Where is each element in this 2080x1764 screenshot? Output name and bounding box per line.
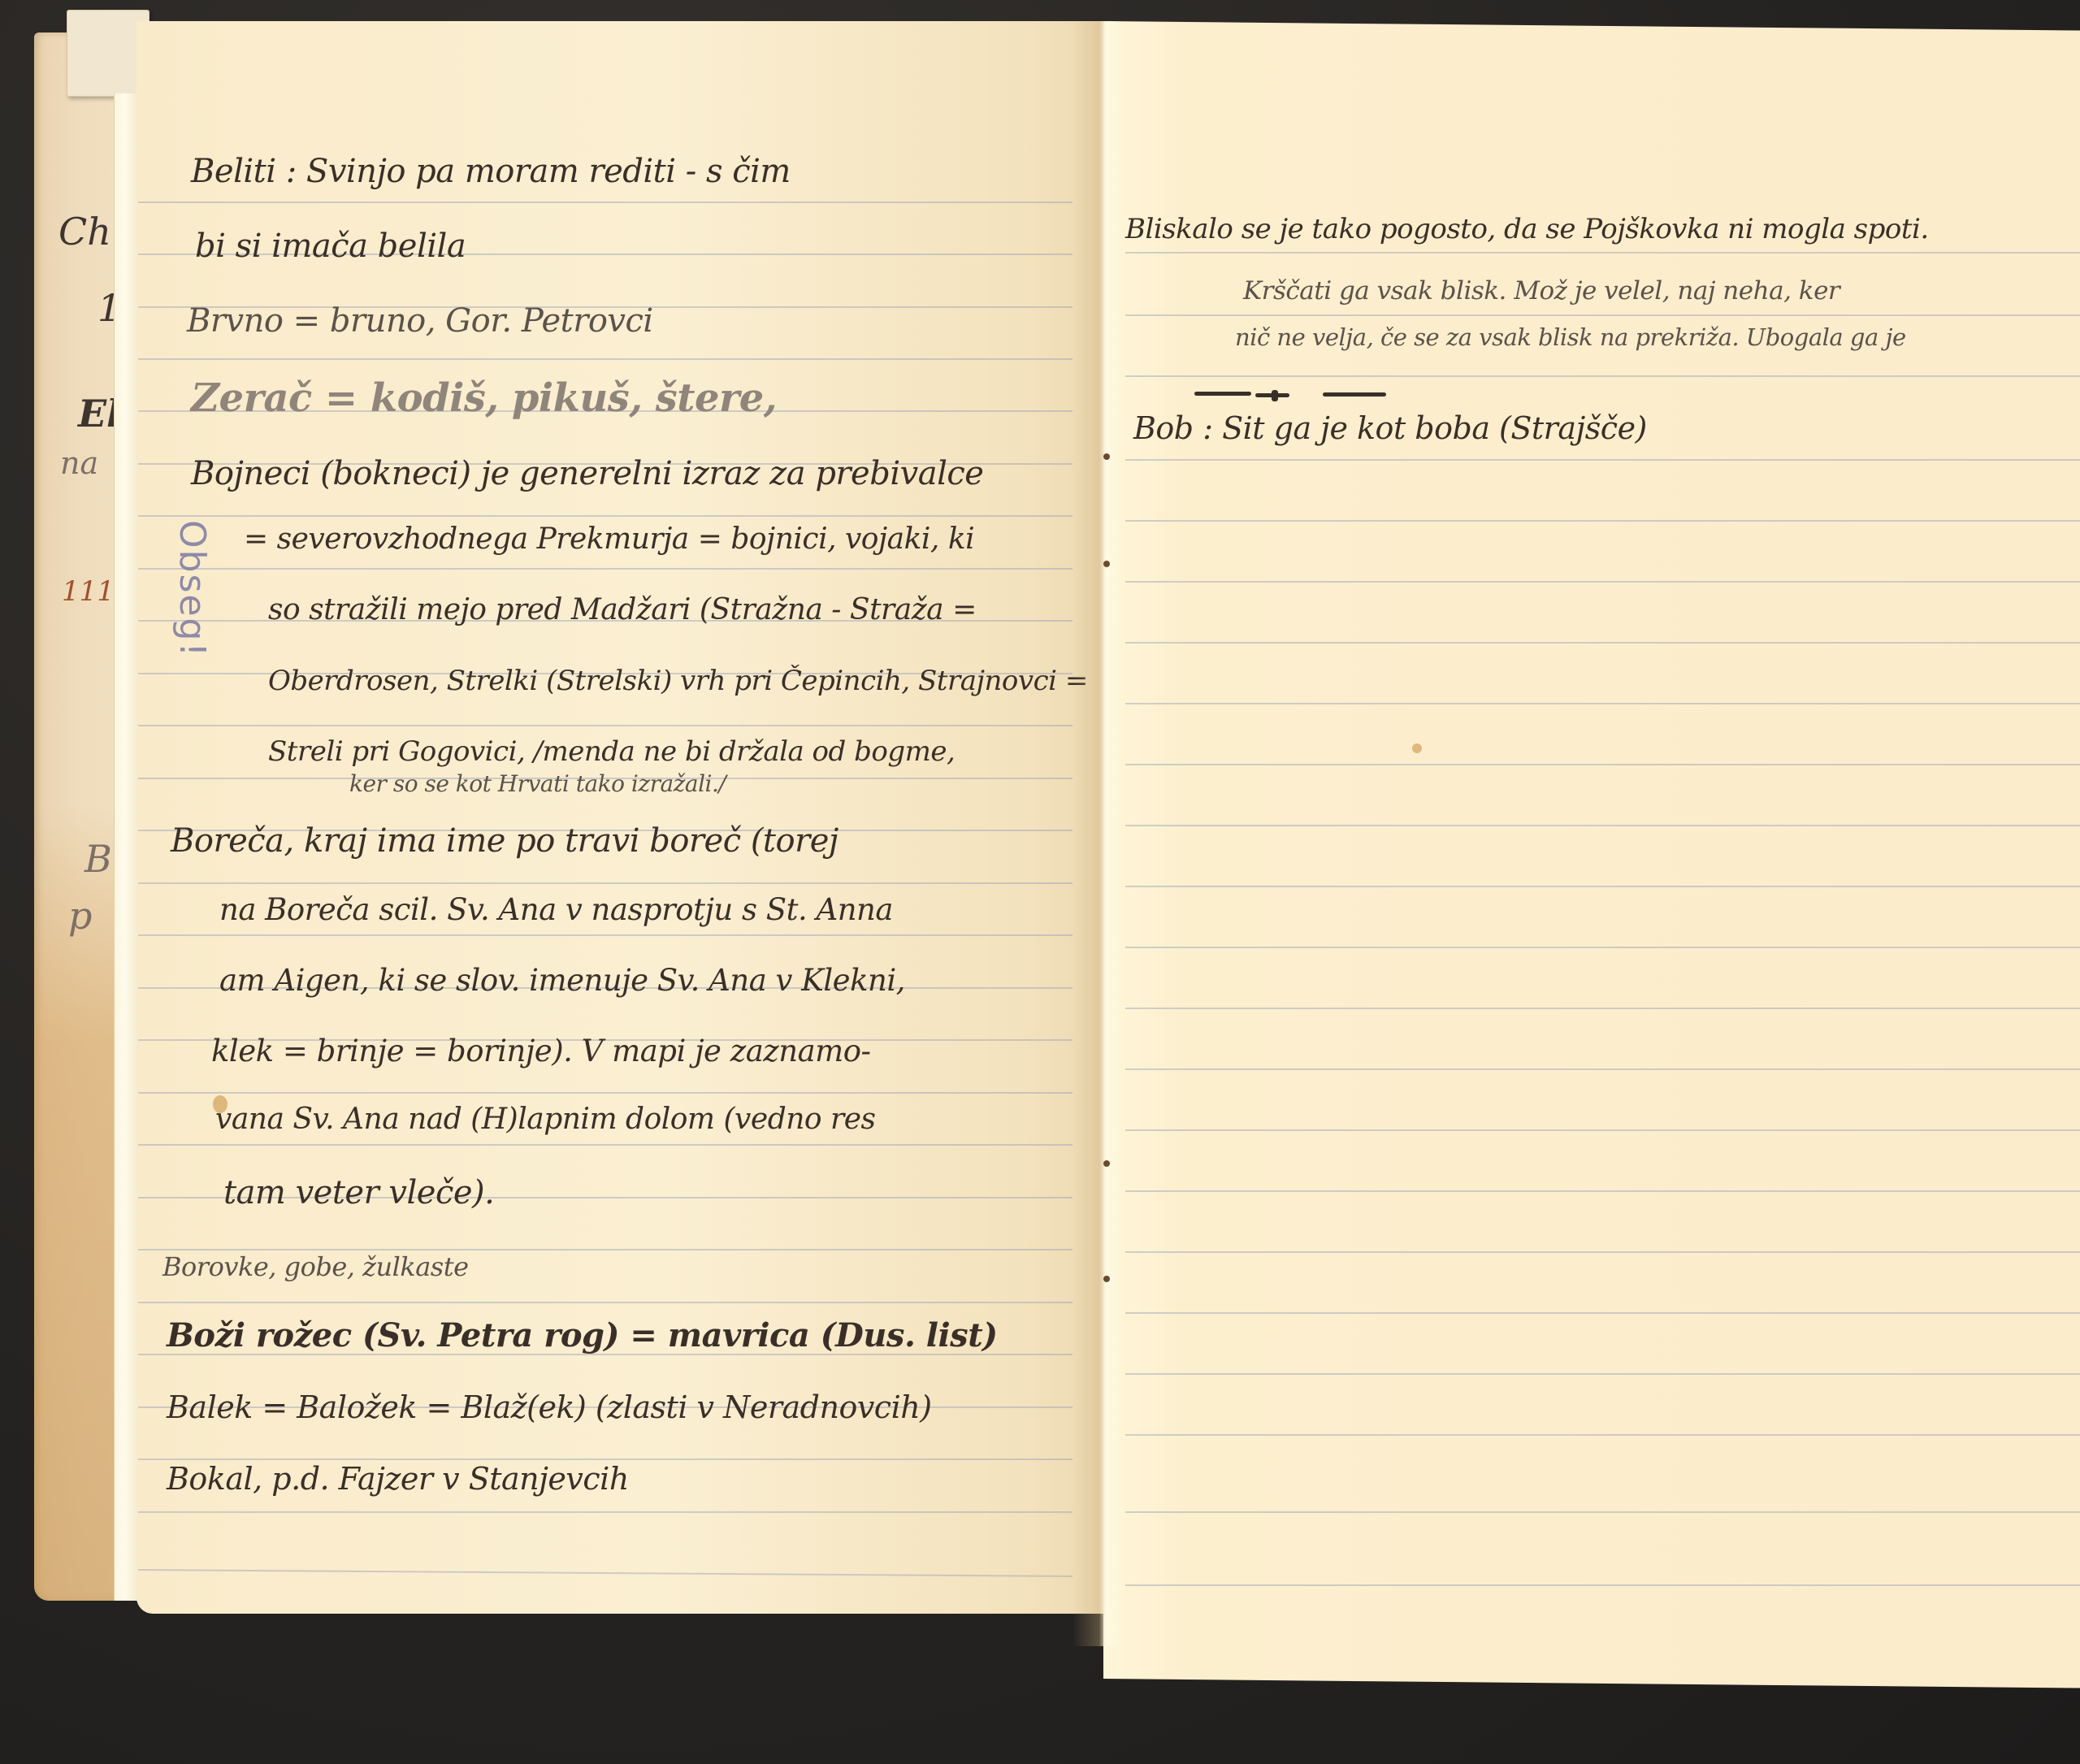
prev-page-fragment: B <box>84 837 112 881</box>
ruled-line <box>1125 947 2080 948</box>
overline-mark <box>1323 392 1386 397</box>
ruled-line <box>1125 825 2080 826</box>
entry-line: na Boreča scil. Sv. Ana v nasprotju s St… <box>219 892 893 927</box>
ruled-line <box>138 1458 1072 1460</box>
ruled-line <box>138 725 1072 726</box>
binding-stitch <box>1103 1276 1110 1282</box>
ruled-line <box>1125 1584 2080 1586</box>
entry-line: Boreča, kraj ima ime po travi boreč (tor… <box>171 822 838 860</box>
ruled-line <box>138 934 1072 936</box>
entry-line: so stražili mejo pred Madžari (Stražna -… <box>268 593 977 626</box>
prev-page-fragment: 111 <box>62 575 115 608</box>
page-block-edges <box>114 93 139 1601</box>
entry-line: Borovke, gobe, žulkaste <box>162 1251 469 1282</box>
ruled-line <box>1125 764 2080 765</box>
entry-line: Bliskalo se je tako pogosto, da se Pojšk… <box>1125 213 1929 245</box>
entry-line: Bokal, p.d. Fajzer v Stanjevcih <box>167 1461 629 1497</box>
ruled-line <box>1125 1312 2080 1314</box>
ruled-line <box>1125 1373 2080 1375</box>
ruled-line <box>1125 642 2080 644</box>
entry-line: vana Sv. Ana nad (H)lapnim dolom (vedno … <box>215 1103 876 1136</box>
prev-page-fragment: na <box>60 445 98 481</box>
blue-pencil-margin-note: Obseg! <box>171 520 213 658</box>
ruled-line <box>1125 520 2080 522</box>
entry-line: tam veter vleče). <box>223 1174 494 1211</box>
prev-page-fragment: p <box>68 894 92 938</box>
ruled-line <box>138 1302 1072 1303</box>
ruled-line <box>138 1144 1072 1146</box>
ruled-line <box>1125 1129 2080 1131</box>
ruled-line <box>138 358 1072 360</box>
ruled-line <box>138 882 1072 884</box>
overline-mark <box>1194 392 1251 396</box>
entry-line: Streli pri Gogovici, /menda ne bi držala… <box>268 735 955 768</box>
entry-line-insertion: ker so se kot Hrvati tako izražali./ <box>349 770 726 797</box>
ruled-line <box>138 515 1072 517</box>
entry-line: Bob : Sit ga je kot boba (Strajšče) <box>1133 410 1647 446</box>
entry-line: klek = brinje = borinje). V mapi je zazn… <box>211 1034 871 1068</box>
prev-page-fragment: Ch <box>58 210 111 254</box>
entry-line: = severovzhodnega Prekmurja = bojnici, v… <box>244 522 974 556</box>
ruled-line <box>138 1511 1072 1513</box>
ruled-line <box>1125 252 2080 254</box>
ruled-line <box>1125 1511 2080 1513</box>
spine-gutter <box>1072 21 1121 1646</box>
ruled-line <box>138 1249 1072 1250</box>
ruled-line <box>138 1092 1072 1094</box>
foxing-spot <box>1412 743 1422 753</box>
entry-line: Bojneci (bokneci) je generelni izraz za … <box>191 455 983 492</box>
entry-line: Brvno = bruno, Gor. Petrovci <box>187 302 653 340</box>
entry-line: bi si imača belila <box>195 228 466 265</box>
entry-line: Balek = Baložek = Blaž(ek) (zlasti v Ner… <box>167 1389 932 1425</box>
ruled-line <box>1125 1434 2080 1436</box>
ruled-line <box>1125 581 2080 583</box>
ruled-line <box>1125 1190 2080 1192</box>
ruled-line <box>1125 314 2080 316</box>
ruled-line <box>1125 1068 2080 1070</box>
entry-line-crossed: Zerač = kodiš, pikuš, štere, <box>191 375 777 421</box>
entry-line: am Aigen, ki se slov. imenuje Sv. Ana v … <box>219 963 905 998</box>
entry-line: Boži rožec (Sv. Petra rog) = mavrica (Du… <box>167 1316 998 1354</box>
binding-stitch <box>1103 561 1110 567</box>
right-page <box>1103 21 2080 1688</box>
ruled-line <box>1125 886 2080 887</box>
ruled-line <box>138 568 1072 570</box>
entry-line: Oberdrosen, Strelki (Strelski) vrh pri Č… <box>268 665 1088 697</box>
ruled-line <box>1125 375 2080 377</box>
binding-stitch <box>1103 453 1110 460</box>
ruled-line <box>1125 1008 2080 1009</box>
entry-line: Krščati ga vsak blisk. Mož je velel, naj… <box>1243 276 1839 306</box>
binding-stitch <box>1103 1160 1110 1167</box>
entry-line: nič ne velja, če se za vsak blisk na pre… <box>1235 323 1906 351</box>
ruled-line <box>1125 703 2080 704</box>
ruled-line <box>1125 1251 2080 1253</box>
ruled-line <box>138 202 1072 203</box>
overline-tick <box>1272 390 1278 401</box>
entry-line: Beliti : Svinjo pa moram rediti - s čim <box>191 153 791 190</box>
ruled-line <box>1125 459 2080 461</box>
